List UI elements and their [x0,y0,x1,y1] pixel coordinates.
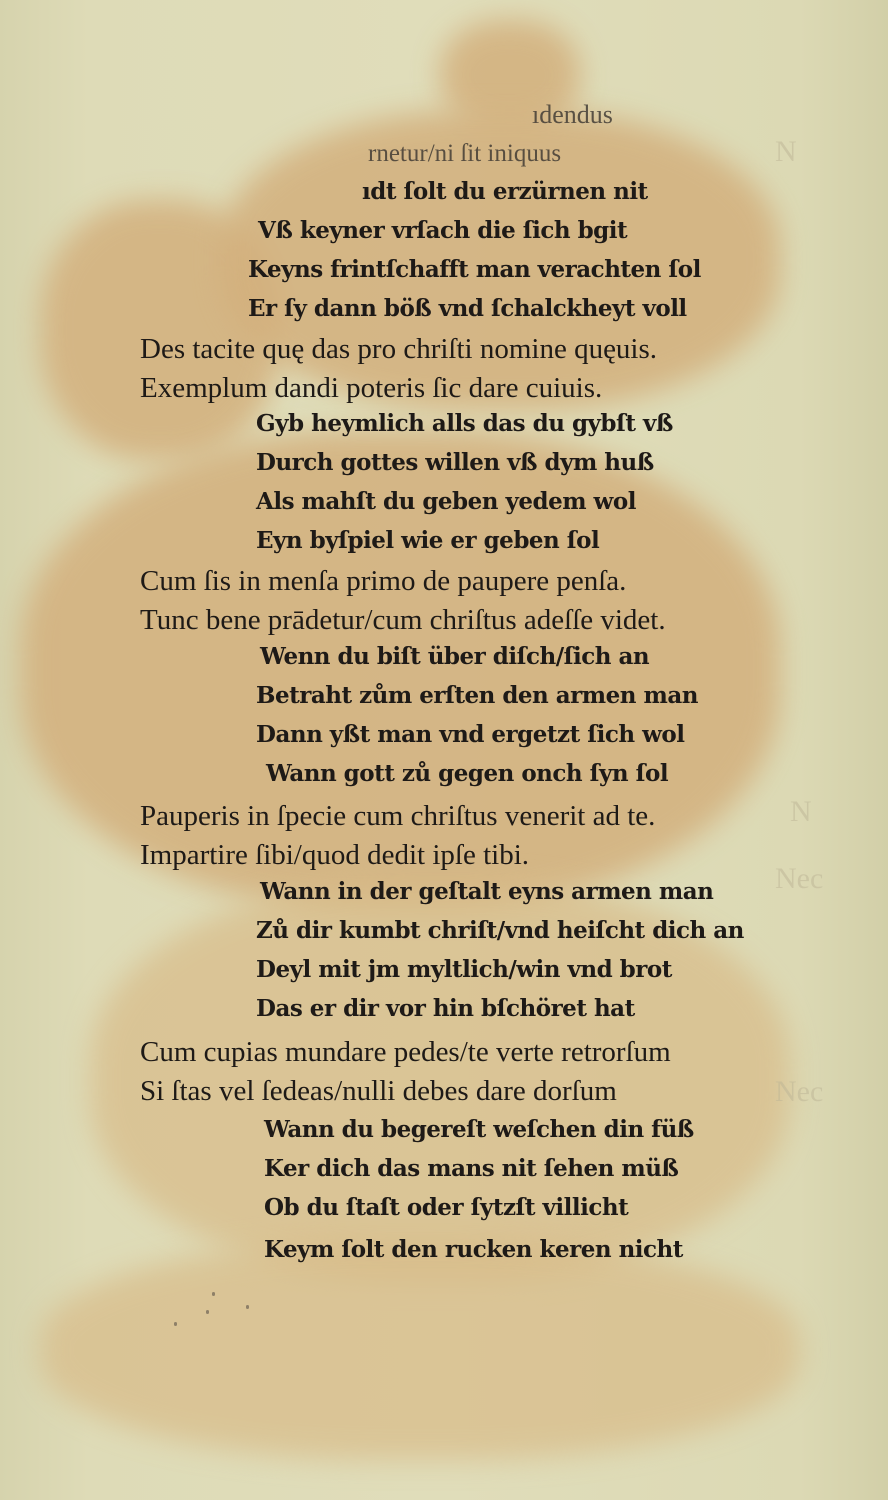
latin-verse: Exemplum dandi poteris ſic dare cuiuis. [140,372,602,405]
german-verse: Eyn byſpiel wie er geben ſol [256,527,599,554]
fragment-line: Keyns frintſchafft man verachten ſol [248,256,701,283]
latin-verse: Des tacite quę das pro chriſti nomine qu… [140,333,657,366]
german-verse: Gyb heymlich alls das du gybſt vß [256,410,673,437]
german-verse: Keym ſolt den rucken keren nicht [264,1236,683,1263]
latin-verse: Impartire ſibi/quod dedit ipſe tibi. [140,839,529,872]
german-verse: Dann yßt man vnd ergetzt ſich wol [256,721,684,748]
text-block: N Nec N Nec ıdendus rnetur/ni ſit iniquu… [0,0,888,1500]
german-verse: Wann in der geſtalt eyns armen man [260,878,713,905]
german-verse: Deyl mit jm myltlich/win vnd brot [256,956,672,983]
german-verse: Wenn du biſt über diſch/ſich an [260,643,649,670]
ink-speck [246,1305,249,1309]
fragment-line: rnetur/ni ſit iniquus [368,140,561,168]
fragment-line: Er ſy dann böß vnd ſchalckheyt voll [248,295,687,322]
german-verse: Als mahſt du geben yedem wol [256,488,636,515]
manuscript-page: N Nec N Nec ıdendus rnetur/ni ſit iniquu… [0,0,888,1500]
latin-verse: Tunc bene prādetur/cum chriſtus adeſſe v… [140,604,666,637]
german-verse: Betraht zům erſten den armen man [256,682,698,709]
latin-verse: Pauperis in ſpecie cum chriſtus venerit … [140,800,655,833]
german-verse: Zů dir kumbt chriſt/vnd heiſcht dich an [256,917,744,944]
latin-verse: Cum ſis in menſa primo de paupere penſa. [140,565,626,598]
fragment-line: ıdendus [532,100,613,130]
german-verse: Durch gottes willen vß dym huß [256,449,654,476]
show-through-text: N [775,135,797,169]
show-through-text: Nec [775,1075,823,1109]
show-through-text: N [790,795,812,829]
german-verse: Ob du ſtaſt oder ſytzſt villicht [264,1194,628,1221]
german-verse: Wann du begereſt weſchen din füß [264,1116,694,1143]
latin-verse: Si ſtas vel ſedeas/nulli debes dare dorſ… [140,1075,617,1108]
latin-verse: Cum cupias mundare pedes/te verte retror… [140,1036,671,1069]
ink-speck [212,1292,215,1296]
german-verse: Das er dir vor hin bſchöret hat [256,995,635,1022]
fragment-line: Vß keyner vrſach die ſich bgit [258,217,627,244]
show-through-text: Nec [775,862,823,896]
ink-speck [206,1310,209,1314]
german-verse: Wann gott zů gegen onch ſyn ſol [266,760,668,787]
ink-speck [174,1322,177,1326]
german-verse: Ker dich das mans nit ſehen müß [264,1155,678,1182]
fragment-line: ıdt ſolt du erzürnen nit [362,178,648,205]
